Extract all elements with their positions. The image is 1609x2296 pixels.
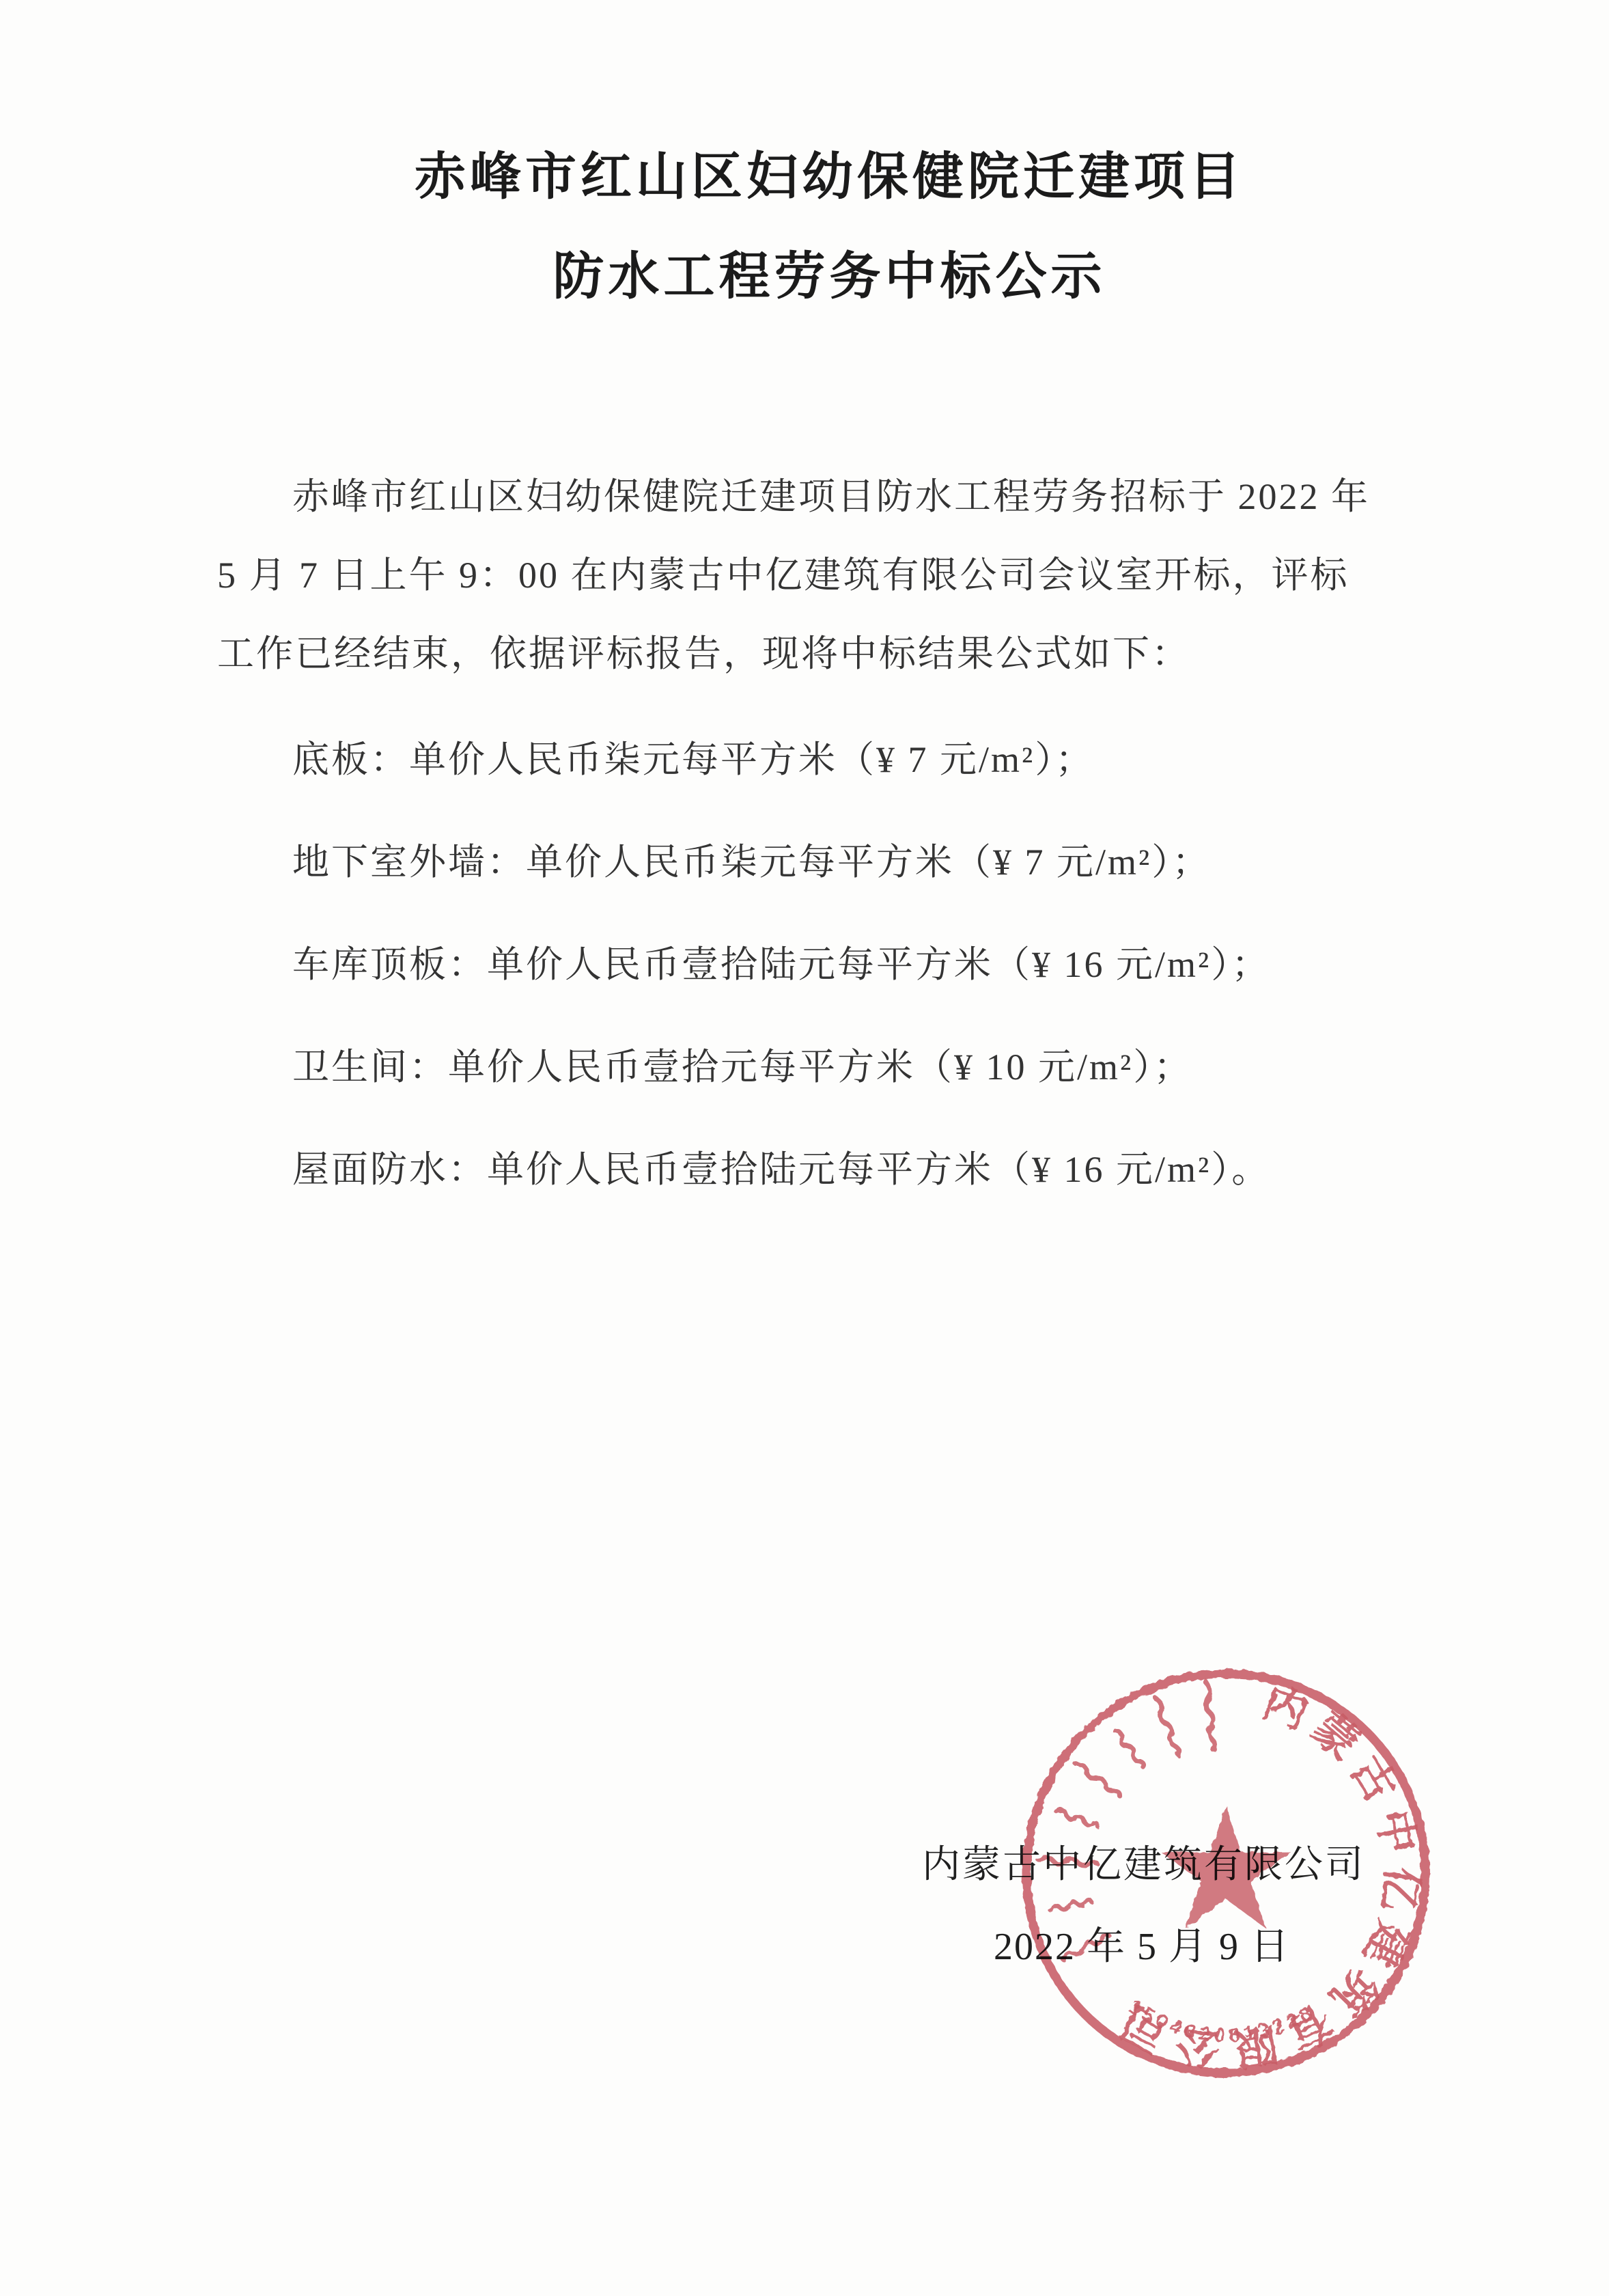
mongolian-script-mark	[1049, 1894, 1092, 1913]
page: { "document": { "title_lines": [ "赤峰市红山区…	[0, 0, 1609, 2296]
bid-item-bathroom: 卫生间：单价人民币壹拾元每平方米（¥ 10 元/m²）；	[217, 1028, 1404, 1107]
body-paragraph-line-3: 工作已经结束，依据评标报告，现将中标结果公式如下：	[217, 615, 1404, 693]
bid-item-roof-waterproofing: 屋面防水：单价人民币壹拾陆元每平方米（¥ 16 元/m²）。	[217, 1131, 1404, 1209]
mongolian-script-mark	[1203, 1681, 1220, 1749]
mongolian-script-mark	[1112, 1725, 1149, 1768]
mongolian-script-mark	[1055, 1804, 1100, 1829]
document-title-line-1: 赤峰市红山区妇幼保健院迁建项目	[255, 128, 1404, 227]
announcement-document: 赤峰市红山区妇幼保健院迁建项目 防水工程劳务中标公示 赤峰市红山区妇幼保健院迁建…	[0, 128, 1609, 1209]
document-title-line-2: 防水工程劳务中标公示	[255, 227, 1404, 327]
document-title: 赤峰市红山区妇幼保健院迁建项目 防水工程劳务中标公示	[217, 128, 1404, 327]
mongolian-script-mark	[1075, 1758, 1124, 1797]
body-paragraph: 赤峰市红山区妇幼保健院迁建项目防水工程劳务招标于 2022 年 5 月 7 日上…	[217, 458, 1404, 693]
mongolian-script-mark	[1153, 1696, 1185, 1756]
official-seal-icon: 内蒙古中亿建筑有限公司 1504020013228	[1018, 1665, 1434, 2081]
bid-item-floor-slab: 底板：单价人民币柒元每平方米（¥ 7 元/m²）；	[217, 721, 1404, 799]
bid-item-basement-exterior-wall: 地下室外墙：单价人民币柒元每平方米（¥ 7 元/m²）；	[217, 823, 1404, 902]
mongolian-script-mark	[1039, 1852, 1097, 1866]
seal-star-icon	[1161, 1805, 1291, 1928]
bid-item-garage-roof-slab: 车库顶板：单价人民币壹拾陆元每平方米（¥ 16 元/m²）；	[217, 926, 1404, 1004]
body-paragraph-line-1: 赤峰市红山区妇幼保健院迁建项目防水工程劳务招标于 2022 年	[217, 458, 1404, 536]
mongolian-script-mark	[1060, 1928, 1110, 1961]
body-paragraph-line-2: 5 月 7 日上午 9：00 在内蒙古中亿建筑有限公司会议室开标，评标	[217, 536, 1404, 615]
bid-result-list: 底板：单价人民币柒元每平方米（¥ 7 元/m²）； 地下室外墙：单价人民币柒元每…	[217, 721, 1404, 1209]
